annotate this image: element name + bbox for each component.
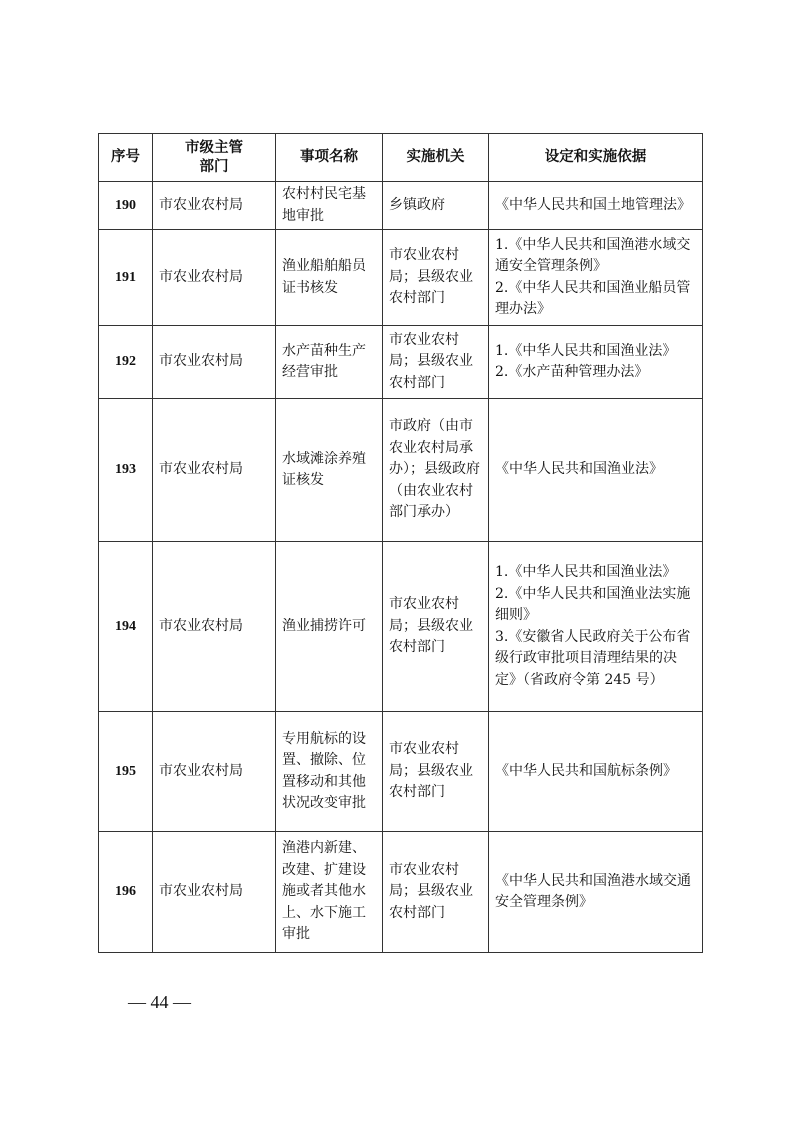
row-num: 196: [99, 832, 153, 953]
header-num: 序号: [99, 134, 153, 182]
row-item: 渔业捕捞许可: [276, 542, 383, 712]
row-item: 专用航标的设置、撤除、位置移动和其他状况改变审批: [276, 712, 383, 832]
page-number: — 44 —: [128, 992, 191, 1013]
row-dept: 市农业农村局: [153, 832, 276, 953]
row-basis: 《中华人民共和国土地管理法》: [489, 182, 703, 230]
table-header-row: 序号 市级主管 部门 事项名称 实施机关 设定和实施依据: [99, 134, 703, 182]
table-row: 195 市农业农村局 专用航标的设置、撤除、位置移动和其他状况改变审批 市农业农…: [99, 712, 703, 832]
table-row: 194 市农业农村局 渔业捕捞许可 市农业农村局；县级农业农村部门 1.《中华人…: [99, 542, 703, 712]
header-agency: 实施机关: [383, 134, 489, 182]
header-basis: 设定和实施依据: [489, 134, 703, 182]
row-item: 渔港内新建、改建、扩建设施或者其他水上、水下施工审批: [276, 832, 383, 953]
table-row: 190 市农业农村局 农村村民宅基地审批 乡镇政府 《中华人民共和国土地管理法》: [99, 182, 703, 230]
row-basis: 《中华人民共和国航标条例》: [489, 712, 703, 832]
row-basis: 1.《中华人民共和国渔业法》 2.《中华人民共和国渔业法实施细则》 3.《安徽省…: [489, 542, 703, 712]
row-num: 192: [99, 326, 153, 399]
row-num: 195: [99, 712, 153, 832]
row-basis: 1.《中华人民共和国渔港水域交通安全管理条例》 2.《中华人民共和国渔业船员管理…: [489, 230, 703, 326]
row-item: 农村村民宅基地审批: [276, 182, 383, 230]
row-agency: 市农业农村局；县级农业农村部门: [383, 326, 489, 399]
table-row: 191 市农业农村局 渔业船舶船员证书核发 市农业农村局；县级农业农村部门 1.…: [99, 230, 703, 326]
row-basis: 1.《中华人民共和国渔业法》 2.《水产苗种管理办法》: [489, 326, 703, 399]
row-dept: 市农业农村局: [153, 326, 276, 399]
row-agency: 市农业农村局；县级农业农村部门: [383, 230, 489, 326]
header-item: 事项名称: [276, 134, 383, 182]
row-agency: 市政府（由市农业农村局承办）；县级政府（由农业农村部门承办）: [383, 399, 489, 542]
table-row: 193 市农业农村局 水域滩涂养殖证核发 市政府（由市农业农村局承办）；县级政府…: [99, 399, 703, 542]
row-agency: 市农业农村局；县级农业农村部门: [383, 712, 489, 832]
row-item: 水产苗种生产经营审批: [276, 326, 383, 399]
table-row: 196 市农业农村局 渔港内新建、改建、扩建设施或者其他水上、水下施工审批 市农…: [99, 832, 703, 953]
row-item: 渔业船舶船员证书核发: [276, 230, 383, 326]
row-dept: 市农业农村局: [153, 230, 276, 326]
row-agency: 市农业农村局；县级农业农村部门: [383, 542, 489, 712]
row-dept: 市农业农村局: [153, 399, 276, 542]
row-dept: 市农业农村局: [153, 542, 276, 712]
row-dept: 市农业农村局: [153, 712, 276, 832]
row-basis: 《中华人民共和国渔港水域交通安全管理条例》: [489, 832, 703, 953]
row-agency: 市农业农村局；县级农业农村部门: [383, 832, 489, 953]
row-num: 193: [99, 399, 153, 542]
row-num: 191: [99, 230, 153, 326]
header-dept: 市级主管 部门: [153, 134, 276, 182]
row-item: 水域滩涂养殖证核发: [276, 399, 383, 542]
approval-items-table: 序号 市级主管 部门 事项名称 实施机关 设定和实施依据 190 市农业农村局 …: [98, 133, 703, 953]
row-agency: 乡镇政府: [383, 182, 489, 230]
row-dept: 市农业农村局: [153, 182, 276, 230]
table-row: 192 市农业农村局 水产苗种生产经营审批 市农业农村局；县级农业农村部门 1.…: [99, 326, 703, 399]
row-num: 194: [99, 542, 153, 712]
row-num: 190: [99, 182, 153, 230]
row-basis: 《中华人民共和国渔业法》: [489, 399, 703, 542]
